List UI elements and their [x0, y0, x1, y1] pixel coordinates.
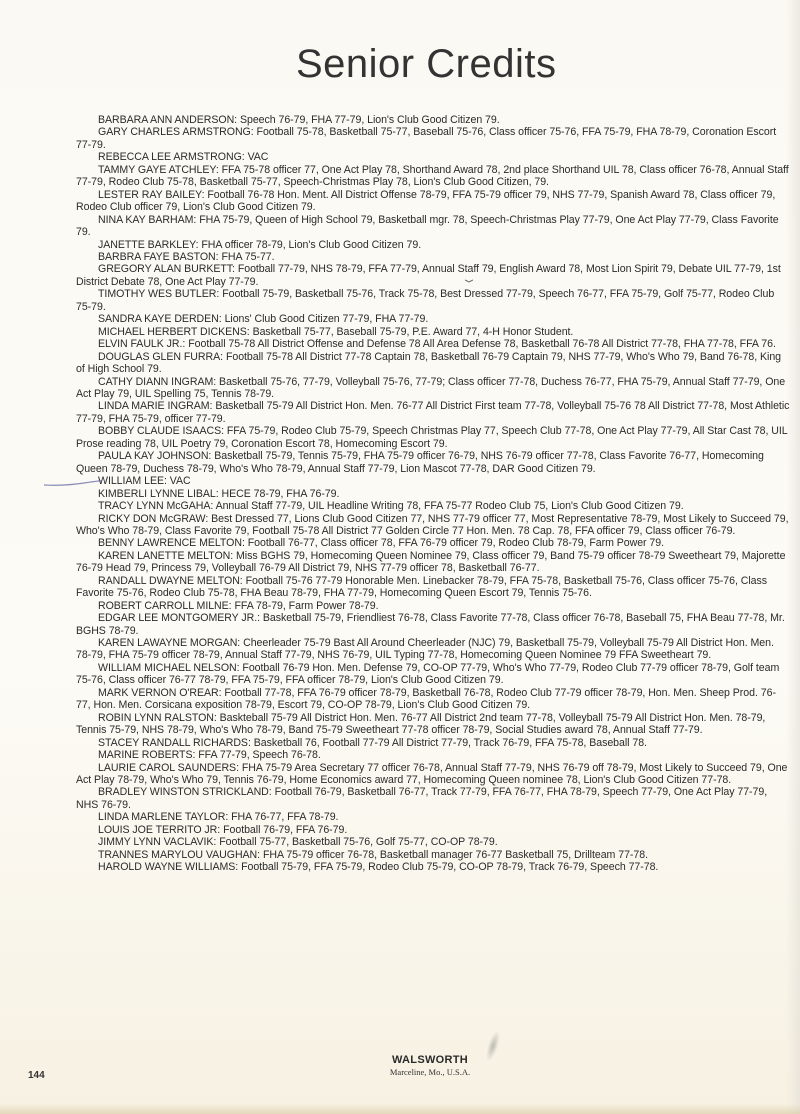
student-name: BRADLEY WINSTON STRICKLAND	[98, 786, 269, 798]
student-name: PAULA KAY JOHNSON	[98, 450, 208, 462]
student-name: KAREN LAWAYNE MORGAN	[98, 637, 237, 649]
credit-entry: EDGAR LEE MONTGOMERY JR.: Basketball 75-…	[76, 612, 790, 637]
student-activities: FHA 75-77.	[221, 251, 274, 263]
student-name: LESTER RAY BAILEY	[98, 189, 202, 201]
credit-entry: KAREN LAWAYNE MORGAN: Cheerleader 75-79 …	[76, 637, 790, 662]
credit-entry: JANETTE BARKLEY: FHA officer 78-79, Lion…	[76, 239, 790, 251]
student-name: JANETTE BARKLEY	[98, 239, 196, 251]
student-name: LINDA MARLENE TAYLOR	[98, 811, 225, 823]
student-name: REBECCA LEE ARMSTRONG	[98, 151, 242, 163]
page-bottom-edge	[0, 1104, 800, 1114]
student-name: ELVIN FAULK JR.	[98, 338, 182, 350]
student-activities: Football 75-77, Basketball 75-76, Golf 7…	[219, 836, 497, 848]
student-name: BOBBY CLAUDE ISAACS	[98, 425, 221, 437]
student-name: MICHAEL HERBERT DICKENS	[98, 326, 247, 338]
credit-entry: BOBBY CLAUDE ISAACS: FFA 75-79, Rodeo Cl…	[76, 425, 790, 450]
student-activities: Speech 76-79, FHA 77-79, Lion's Club Goo…	[240, 114, 500, 126]
credit-entry: BENNY LAWRENCE MELTON: Football 76-77, C…	[76, 537, 790, 549]
credit-entry: TIMOTHY WES BUTLER: Football 75-79, Bask…	[76, 288, 790, 313]
student-activities: FHA 76-77, FFA 78-79.	[231, 811, 338, 823]
student-activities: Football 76-77, Class officer 78, FFA 76…	[248, 537, 664, 549]
student-name: TIMOTHY WES BUTLER	[98, 288, 216, 300]
student-name: WILLIAM LEE	[98, 475, 164, 487]
student-name: KAREN LANETTE MELTON	[98, 550, 230, 562]
credit-entry: JIMMY LYNN VACLAVIK: Football 75-77, Bas…	[76, 836, 790, 848]
student-name: GREGORY ALAN BURKETT	[98, 263, 232, 275]
student-activities: HECE 78-79, FHA 76-79.	[222, 488, 340, 500]
student-name: LINDA MARIE INGRAM	[98, 400, 210, 412]
credit-entry: ROBERT CARROLL MILNE: FFA 78-79, Farm Po…	[76, 600, 790, 612]
student-name: TRACY LYNN McGAHA	[98, 500, 210, 512]
credit-entry: LAURIE CAROL SAUNDERS: FHA 75-79 Area Se…	[76, 762, 790, 787]
pen-mark	[44, 479, 102, 487]
page-number: 144	[28, 1070, 45, 1081]
credit-entry: WILLIAM LEE: VAC	[76, 475, 790, 487]
credit-entry: MARK VERNON O'REAR: Football 77-78, FFA …	[76, 687, 790, 712]
student-name: TRANNES MARYLOU VAUGHAN	[98, 849, 257, 861]
student-name: STACEY RANDALL RICHARDS	[98, 737, 248, 749]
student-activities: Basketball 75-77, Baseball 75-79, P.E. A…	[253, 326, 574, 338]
student-name: JIMMY LYNN VACLAVIK	[98, 836, 213, 848]
student-activities: FFA 77-79, Speech 76-78.	[198, 749, 320, 761]
senior-credits-list: BARBARA ANN ANDERSON: Speech 76-79, FHA …	[76, 114, 790, 874]
credit-entry: BARBARA ANN ANDERSON: Speech 76-79, FHA …	[76, 114, 790, 126]
student-name: TAMMY GAYE ATCHLEY	[98, 164, 216, 176]
student-activities: Football 75-78 All District Offense and …	[188, 338, 776, 350]
credit-entry: NINA KAY BARHAM: FHA 75-79, Queen of Hig…	[76, 214, 790, 239]
credit-entry: MARINE ROBERTS: FFA 77-79, Speech 76-78.	[76, 749, 790, 761]
student-name: CATHY DIANN INGRAM	[98, 376, 213, 388]
student-name: BARBARA ANN ANDERSON	[98, 114, 234, 126]
credit-entry: MICHAEL HERBERT DICKENS: Basketball 75-7…	[76, 326, 790, 338]
student-activities: Annual Staff 77-79, UIL Headline Writing…	[216, 500, 684, 512]
student-activities: FFA 78-79, Farm Power 78-79.	[234, 600, 378, 612]
student-activities: FHA officer 78-79, Lion's Club Good Citi…	[201, 239, 421, 251]
credit-entry: TRACY LYNN McGAHA: Annual Staff 77-79, U…	[76, 500, 790, 512]
student-name: EDGAR LEE MONTGOMERY JR.	[98, 612, 257, 624]
student-name: LAURIE CAROL SAUNDERS	[98, 762, 236, 774]
student-name: NINA KAY BARHAM	[98, 214, 193, 226]
credit-entry: HAROLD WAYNE WILLIAMS: Football 75-79, F…	[76, 861, 790, 873]
credit-entry: STACEY RANDALL RICHARDS: Basketball 76, …	[76, 737, 790, 749]
credit-entry: TAMMY GAYE ATCHLEY: FFA 75-78 officer 77…	[76, 164, 790, 189]
credit-entry: GARY CHARLES ARMSTRONG: Football 75-78, …	[76, 126, 790, 151]
student-activities: FHA 75-79 officer 76-78, Basketball mana…	[263, 849, 648, 861]
student-name: RICKY DON McGRAW	[98, 513, 205, 525]
student-name: RANDALL DWAYNE MELTON	[98, 575, 240, 587]
student-activities: Basketball 76, Football 77-79 All Distri…	[254, 737, 647, 749]
credit-entry: GREGORY ALAN BURKETT: Football 77-79, NH…	[76, 263, 790, 288]
student-name: BENNY LAWRENCE MELTON	[98, 537, 242, 549]
student-name: GARY CHARLES ARMSTRONG	[98, 126, 251, 138]
credit-entry: REBECCA LEE ARMSTRONG: VAC	[76, 151, 790, 163]
student-name: ROBERT CARROLL MILNE	[98, 600, 229, 612]
credit-entry: WILLIAM MICHAEL NELSON: Football 76-79 H…	[76, 662, 790, 687]
student-name: MARK VERNON O'REAR	[98, 687, 219, 699]
credit-entry: SANDRA KAYE DERDEN: Lions' Club Good Cit…	[76, 313, 790, 325]
student-activities: Football 76-79, FFA 76-79.	[223, 824, 347, 836]
student-activities: Football 75-79, FFA 75-79, Rodeo Club 75…	[241, 861, 658, 873]
credit-entry: BARBRA FAYE BASTON: FHA 75-77.	[76, 251, 790, 263]
credit-entry: KAREN LANETTE MELTON: Miss BGHS 79, Home…	[76, 550, 790, 575]
credit-entry: LINDA MARLENE TAYLOR: FHA 76-77, FFA 78-…	[76, 811, 790, 823]
page-title: Senior Credits	[296, 44, 556, 84]
student-activities: VAC	[170, 475, 191, 487]
ink-smudge	[483, 1029, 502, 1063]
student-activities: VAC	[248, 151, 269, 163]
credit-entry: RANDALL DWAYNE MELTON: Football 75-76 77…	[76, 575, 790, 600]
publisher-location: Marceline, Mo., U.S.A.	[380, 1067, 480, 1077]
credit-entry: RICKY DON McGRAW: Best Dressed 77, Lions…	[76, 513, 790, 538]
credit-entry: KIMBERLI LYNNE LIBAL: HECE 78-79, FHA 76…	[76, 488, 790, 500]
student-name: DOUGLAS GLEN FURRA	[98, 351, 220, 363]
pen-tick-mark	[465, 279, 473, 283]
student-name: ROBIN LYNN RALSTON	[98, 712, 214, 724]
student-activities: Lions' Club Good Citizen 77-79, FHA 77-7…	[225, 313, 429, 325]
credit-entry: DOUGLAS GLEN FURRA: Football 75-78 All D…	[76, 351, 790, 376]
student-name: LOUIS JOE TERRITO JR	[98, 824, 217, 836]
credit-entry: PAULA KAY JOHNSON: Basketball 75-79, Ten…	[76, 450, 790, 475]
student-name: MARINE ROBERTS	[98, 749, 192, 761]
student-name: SANDRA KAYE DERDEN	[98, 313, 219, 325]
credit-entry: ROBIN LYNN RALSTON: Baskteball 75-79 All…	[76, 712, 790, 737]
credit-entry: BRADLEY WINSTON STRICKLAND: Football 76-…	[76, 786, 790, 811]
student-name: WILLIAM MICHAEL NELSON	[98, 662, 237, 674]
credit-entry: TRANNES MARYLOU VAUGHAN: FHA 75-79 offic…	[76, 849, 790, 861]
publisher-imprint: WALSWORTH Marceline, Mo., U.S.A.	[380, 1054, 480, 1077]
student-name: KIMBERLI LYNNE LIBAL	[98, 488, 216, 500]
credit-entry: LOUIS JOE TERRITO JR: Football 76-79, FF…	[76, 824, 790, 836]
student-name: BARBRA FAYE BASTON	[98, 251, 216, 263]
credit-entry: CATHY DIANN INGRAM: Basketball 75-76, 77…	[76, 376, 790, 401]
publisher-name: WALSWORTH	[380, 1054, 480, 1066]
credit-entry: LESTER RAY BAILEY: Football 76-78 Hon. M…	[76, 189, 790, 214]
credit-entry: LINDA MARIE INGRAM: Basketball 75-79 All…	[76, 400, 790, 425]
student-name: HAROLD WAYNE WILLIAMS	[98, 861, 235, 873]
credit-entry: ELVIN FAULK JR.: Football 75-78 All Dist…	[76, 338, 790, 350]
